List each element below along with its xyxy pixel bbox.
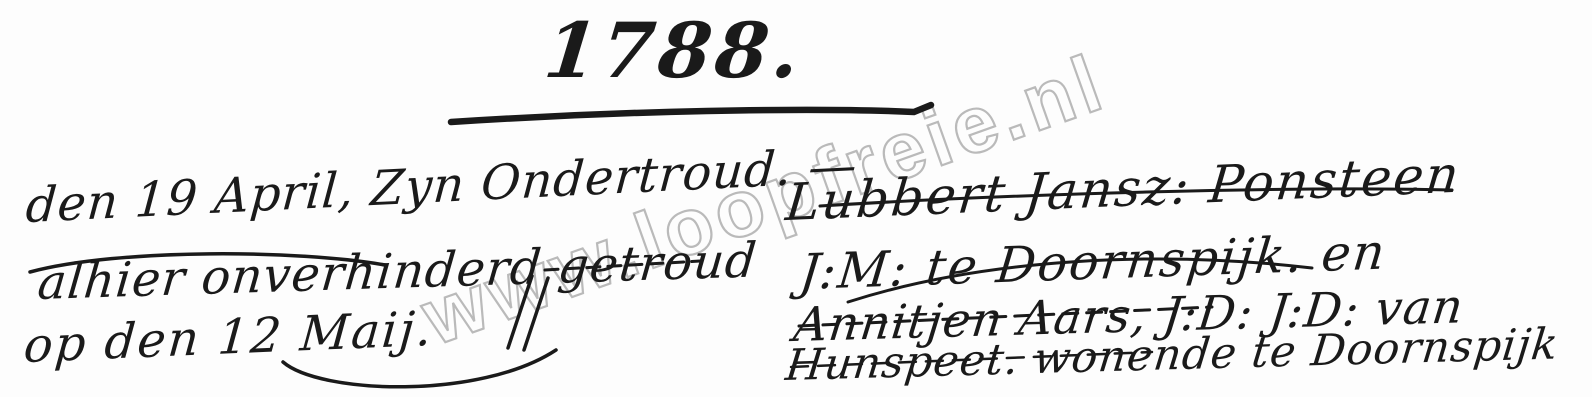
entry-left-line-3: op den 12 Maij.	[22, 301, 436, 374]
entry-left-line-2: alhier onverhinderd getroud	[35, 232, 759, 311]
year-heading: 1788.	[540, 6, 764, 95]
register-page-scan: www.loopfreie.nl 1788. den 19 April, Zyn…	[0, 0, 1592, 397]
